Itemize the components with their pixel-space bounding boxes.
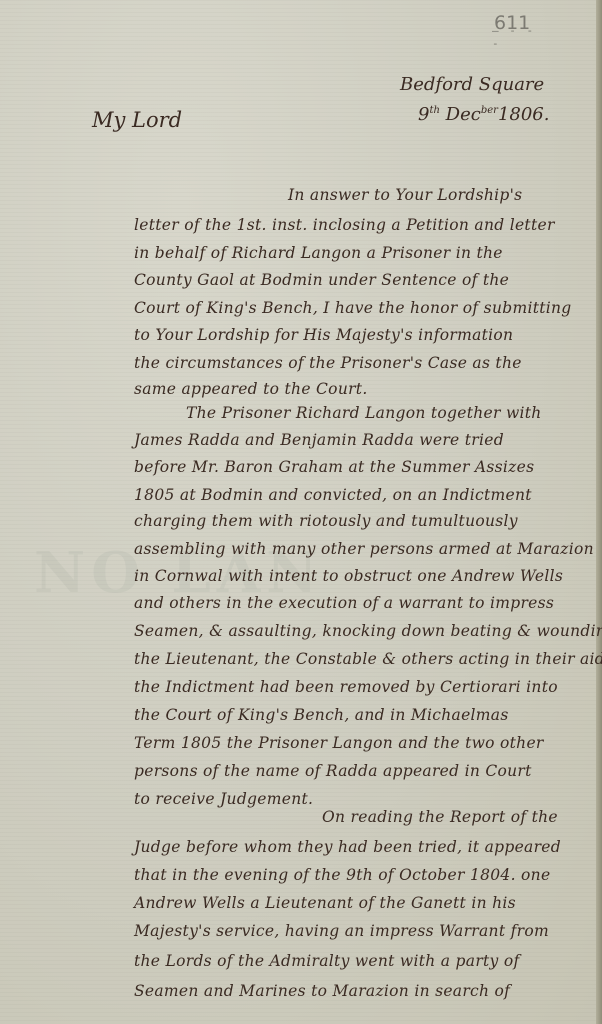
salutation: My Lord	[92, 108, 182, 132]
text-line: before Mr. Baron Graham at the Summer As…	[134, 458, 534, 476]
text-line: the Lieutenant, the Constable & others a…	[134, 650, 602, 668]
date-day: 9	[418, 104, 429, 125]
text-line: the circumstances of the Prisoner's Case…	[134, 354, 522, 372]
text-line: to receive Judgement.	[134, 790, 313, 808]
letter-date: 9th Decber1806.	[418, 104, 549, 125]
text-line: Judge before whom they had been tried, i…	[134, 838, 561, 856]
text-line: County Gaol at Bodmin under Sentence of …	[134, 271, 509, 289]
sender-address: Bedford Square	[400, 74, 544, 95]
text-line: Seamen and Marines to Marazion in search…	[134, 982, 510, 1000]
text-line: James Radda and Benjamin Radda were trie…	[134, 431, 504, 449]
text-line: On reading the Report of the	[322, 808, 558, 826]
text-line: In answer to Your Lordship's	[288, 186, 522, 204]
page-edge	[596, 0, 602, 1024]
text-line: the Court of King's Bench, and in Michae…	[134, 706, 509, 724]
text-line: Court of King's Bench, I have the honor …	[134, 299, 572, 317]
text-line: to Your Lordship for His Majesty's infor…	[134, 326, 513, 344]
text-line: persons of the name of Radda appeared in…	[134, 762, 532, 780]
text-line: 1805 at Bodmin and convicted, on an Indi…	[134, 486, 532, 504]
text-line: and others in the execution of a warrant…	[134, 594, 554, 612]
date-year: 1806.	[498, 104, 550, 125]
text-line: in behalf of Richard Langon a Prisoner i…	[134, 244, 503, 262]
text-line: Seamen, & assaulting, knocking down beat…	[134, 622, 602, 640]
date-month-suffix: ber	[481, 105, 498, 116]
manuscript-page: NO LAN — - - - 611 Bedford Square 9th De…	[0, 0, 602, 1024]
text-line: in Cornwal with intent to obstruct one A…	[134, 567, 563, 585]
text-line: The Prisoner Richard Langon together wit…	[186, 404, 542, 422]
text-line: same appeared to the Court.	[134, 380, 368, 398]
date-day-suffix: th	[429, 105, 439, 116]
date-month: Dec	[446, 104, 481, 125]
text-line: Majesty's service, having an impress War…	[134, 922, 549, 940]
text-line: charging them with riotously and tumultu…	[134, 512, 518, 530]
text-line: Term 1805 the Prisoner Langon and the tw…	[134, 734, 544, 752]
text-line: the Lords of the Admiralty went with a p…	[134, 952, 520, 970]
text-line: assembling with many other persons armed…	[134, 540, 594, 558]
text-line: that in the evening of the 9th of Octobe…	[134, 866, 550, 884]
folio-number: 611	[494, 12, 530, 34]
text-line: the Indictment had been removed by Certi…	[134, 678, 558, 696]
text-line: Andrew Wells a Lieutenant of the Ganett …	[134, 894, 516, 912]
text-line: letter of the 1st. inst. inclosing a Pet…	[134, 216, 555, 234]
